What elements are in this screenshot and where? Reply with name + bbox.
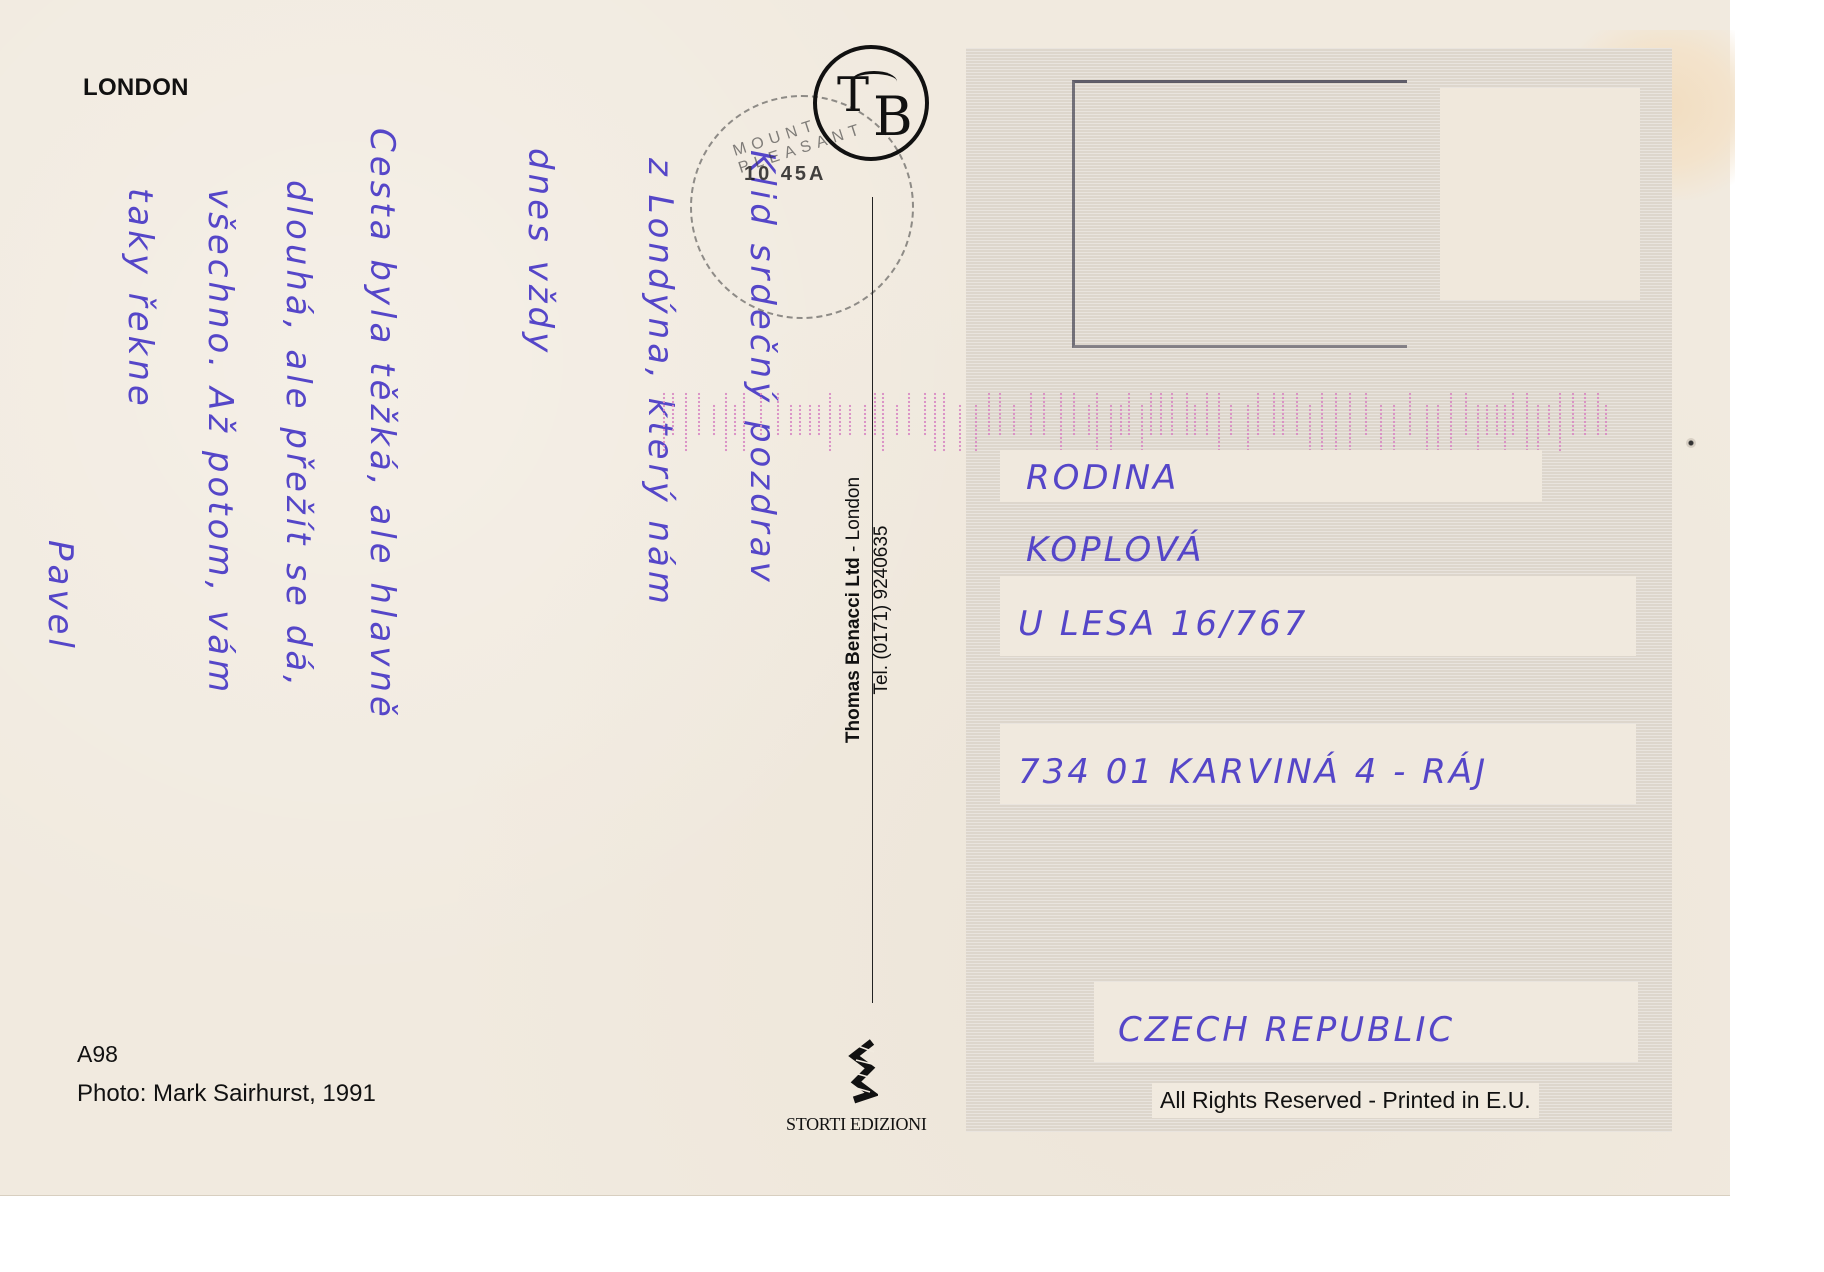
monogram-letter: T (837, 67, 869, 123)
message-line: Cesta byla těžká, ale hlavně (362, 128, 402, 721)
postcard-title: LONDON (83, 74, 189, 102)
postcard-back: LONDON Cesta byla těžká, ale hlavně dlou… (0, 0, 1730, 1196)
postal-barcode (660, 392, 1618, 454)
postmark-time: 10 45A (744, 163, 827, 186)
tb-monogram-logo: T B (813, 45, 929, 161)
publisher-phone: Tel. (0171) 9240635 (868, 440, 896, 780)
stamp-area (1440, 88, 1640, 300)
publisher-info: Thomas Benacci Ltd - London Tel. (0171) … (840, 440, 896, 780)
publisher-name: Thomas Benacci Ltd - London (840, 440, 868, 780)
publisher-company: Thomas Benacci Ltd (843, 557, 864, 743)
card-code: A98 (77, 1041, 118, 1068)
message-line: všechno. Až potom, vám (200, 188, 240, 696)
rights-notice: All Rights Reserved - Printed in E.U. (1152, 1083, 1539, 1118)
address-line-city: 734 01 KARVINÁ 4 - RÁJ (1018, 752, 1488, 792)
storti-label: STORTI EDIZIONI (786, 1114, 927, 1135)
storti-s-logo-icon (848, 1038, 878, 1104)
address-line-surname: KOPLOVÁ (1026, 530, 1205, 570)
monogram-letter: B (873, 85, 913, 148)
address-line-street: U LESA 16/767 (1018, 604, 1308, 644)
meter-stamp-impression (1072, 80, 1407, 348)
address-line-country: CZECH REPUBLIC (1118, 1010, 1455, 1050)
address-line-name: RODINA (1026, 458, 1179, 498)
pin-hole (1686, 438, 1696, 448)
message-line: z Londýna, který nám (640, 158, 680, 608)
publisher-city: - London (843, 477, 864, 557)
message-line: dnes vždy (520, 148, 560, 356)
photo-credit: Photo: Mark Sairhurst, 1991 (77, 1080, 376, 1108)
message-line: dlouhá, ale přežít se dá, (278, 180, 318, 690)
message-signature: Pavel (40, 540, 80, 652)
message-line: taky řekne (120, 188, 160, 410)
